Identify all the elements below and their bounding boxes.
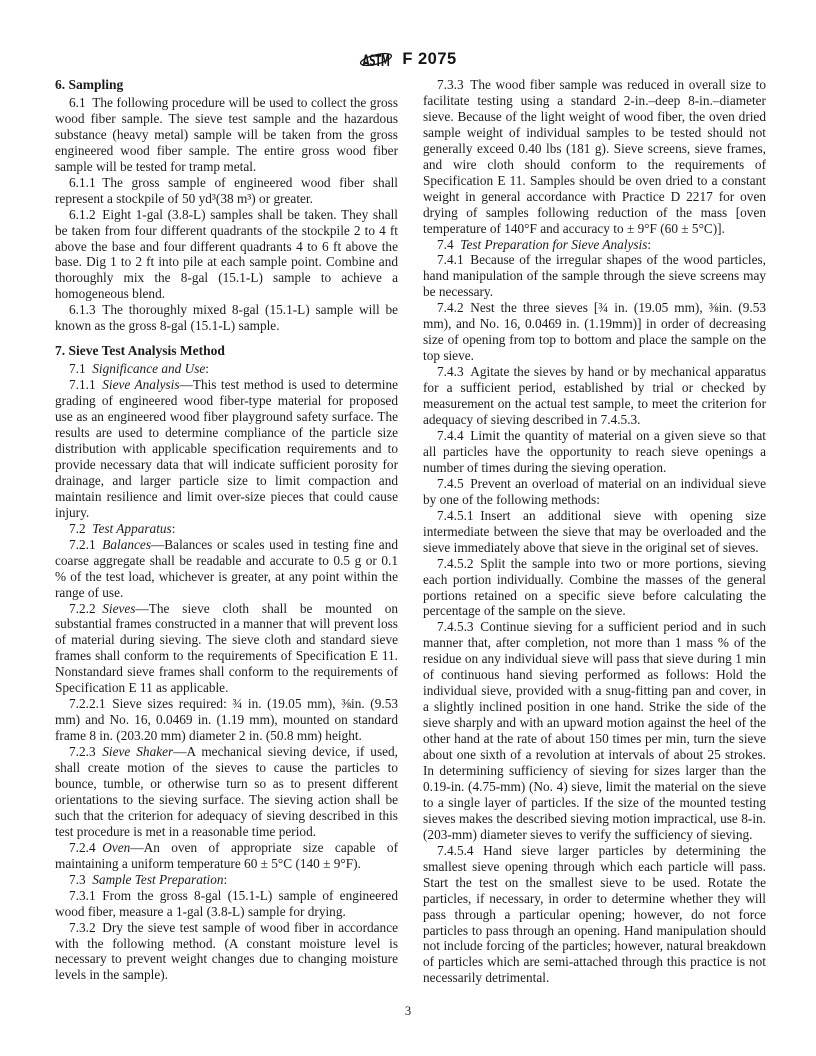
paragraph: 7.4.5.2 Split the sample into two or mor… <box>423 556 766 620</box>
paragraph: 7.2 Test Apparatus: <box>55 521 398 537</box>
paragraph: 6.1.2 Eight 1-gal (3.8-L) samples shall … <box>55 207 398 303</box>
text-run: 6.1 The following procedure will be used… <box>55 95 398 174</box>
paragraph: 7.3.3 The wood fiber sample was reduced … <box>423 77 766 237</box>
italic-run: Test Apparatus <box>92 521 171 536</box>
italic-run: Balances <box>102 537 151 552</box>
paragraph: 7.4.1 Because of the irregular shapes of… <box>423 252 766 300</box>
italic-run: Significance and Use <box>92 361 205 376</box>
text-run: 7.4.3 Agitate the sieves by hand or by m… <box>423 364 766 427</box>
paragraph: 7.2.2 Sieves—The sieve cloth shall be mo… <box>55 601 398 697</box>
text-run: : <box>172 521 176 536</box>
text-run: 7.4.5 Prevent an overload of material on… <box>423 476 766 507</box>
text-run: 7. Sieve Test Analysis Method <box>55 343 225 358</box>
text-run: 7.4.5.4 Hand sieve larger particles by d… <box>423 843 766 986</box>
text-run: 7.2.2 <box>69 601 102 616</box>
text-run: 7.4.4 Limit the quantity of material on … <box>423 428 766 475</box>
paragraph: 7.4.5 Prevent an overload of material on… <box>423 476 766 508</box>
text-run: 7.4.5.3 Continue sieving for a sufficien… <box>423 619 766 841</box>
paragraph: 7.4.5.4 Hand sieve larger particles by d… <box>423 843 766 987</box>
text-run: 7.3.1 From the gross 8-gal (15.1-L) samp… <box>55 888 398 919</box>
text-run: 6. Sampling <box>55 77 123 92</box>
text-run: 7.2.2.1 Sieve sizes required: ¾ in. (19.… <box>55 696 398 743</box>
italic-run: Sieve Analysis <box>102 377 179 392</box>
standard-designation: F 2075 <box>402 50 456 69</box>
page-number: 3 <box>0 1004 816 1019</box>
paragraph: 7.3.2 Dry the sieve test sample of wood … <box>55 920 398 984</box>
paragraph: 6.1.1 The gross sample of engineered woo… <box>55 175 398 207</box>
paragraph: 7.1 Significance and Use: <box>55 361 398 377</box>
right-column: 7.3.3 The wood fiber sample was reduced … <box>423 77 766 986</box>
text-run: 7.4.5.1 Insert an additional sieve with … <box>423 508 766 555</box>
paragraph: 7.4.4 Limit the quantity of material on … <box>423 428 766 476</box>
paragraph: 6.1 The following procedure will be used… <box>55 95 398 175</box>
section-heading: 7. Sieve Test Analysis Method <box>55 343 398 359</box>
text-run: 6.1.3 The thoroughly mixed 8-gal (15.1-L… <box>55 302 398 333</box>
text-run: 7.2.1 <box>69 537 102 552</box>
text-run: : <box>647 237 651 252</box>
text-run: 6.1.1 The gross sample of engineered woo… <box>55 175 398 206</box>
text-run: : <box>224 872 228 887</box>
paragraph: 7.3 Sample Test Preparation: <box>55 872 398 888</box>
text-run: 7.2.3 <box>69 744 102 759</box>
paragraph: 7.2.1 Balances—Balances or scales used i… <box>55 537 398 601</box>
paragraph: 7.4.3 Agitate the sieves by hand or by m… <box>423 364 766 428</box>
italic-run: Test Preparation for Sieve Analysis <box>460 237 647 252</box>
text-run: 7.4.5.2 Split the sample into two or mor… <box>423 556 766 619</box>
text-run: 7.2 <box>69 521 92 536</box>
paragraph: 7.4.5.3 Continue sieving for a sufficien… <box>423 619 766 842</box>
text-run: —This test method is used to determine g… <box>55 377 398 520</box>
document-page: ASTM F 2075 6. Sampling6.1 The following… <box>0 0 816 1056</box>
paragraph: 7.3.1 From the gross 8-gal (15.1-L) samp… <box>55 888 398 920</box>
paragraph: 7.4.5.1 Insert an additional sieve with … <box>423 508 766 556</box>
paragraph: 7.2.2.1 Sieve sizes required: ¾ in. (19.… <box>55 696 398 744</box>
two-column-body: 6. Sampling6.1 The following procedure w… <box>55 77 766 986</box>
section-heading: 6. Sampling <box>55 77 398 93</box>
italic-run: Oven <box>102 840 130 855</box>
paragraph: 6.1.3 The thoroughly mixed 8-gal (15.1-L… <box>55 302 398 334</box>
document-header: ASTM F 2075 <box>0 46 816 73</box>
paragraph: 7.2.3 Sieve Shaker—A mechanical sieving … <box>55 744 398 840</box>
paragraph: 7.1.1 Sieve Analysis—This test method is… <box>55 377 398 521</box>
text-run: 7.4.2 Nest the three sieves [¾ in. (19.0… <box>423 300 766 363</box>
left-column: 6. Sampling6.1 The following procedure w… <box>55 77 398 986</box>
astm-logo-icon: ASTM <box>359 46 393 73</box>
italic-run: Sample Test Preparation <box>92 872 223 887</box>
text-run: 7.4 <box>437 237 460 252</box>
text-run: 7.1 <box>69 361 92 376</box>
paragraph: 7.4 Test Preparation for Sieve Analysis: <box>423 237 766 253</box>
paragraph: 7.4.2 Nest the three sieves [¾ in. (19.0… <box>423 300 766 364</box>
text-run: 7.4.1 Because of the irregular shapes of… <box>423 252 766 299</box>
text-run: 7.3 <box>69 872 92 887</box>
text-run: : <box>205 361 209 376</box>
italic-run: Sieve Shaker <box>102 744 173 759</box>
text-run: 7.3.3 The wood fiber sample was reduced … <box>423 77 766 236</box>
text-run: 7.2.4 <box>69 840 102 855</box>
text-run: 7.1.1 <box>69 377 102 392</box>
text-run: 6.1.2 Eight 1-gal (3.8-L) samples shall … <box>55 207 398 302</box>
italic-run: Sieves <box>102 601 135 616</box>
paragraph: 7.2.4 Oven—An oven of appropriate size c… <box>55 840 398 872</box>
text-run: 7.3.2 Dry the sieve test sample of wood … <box>55 920 398 983</box>
